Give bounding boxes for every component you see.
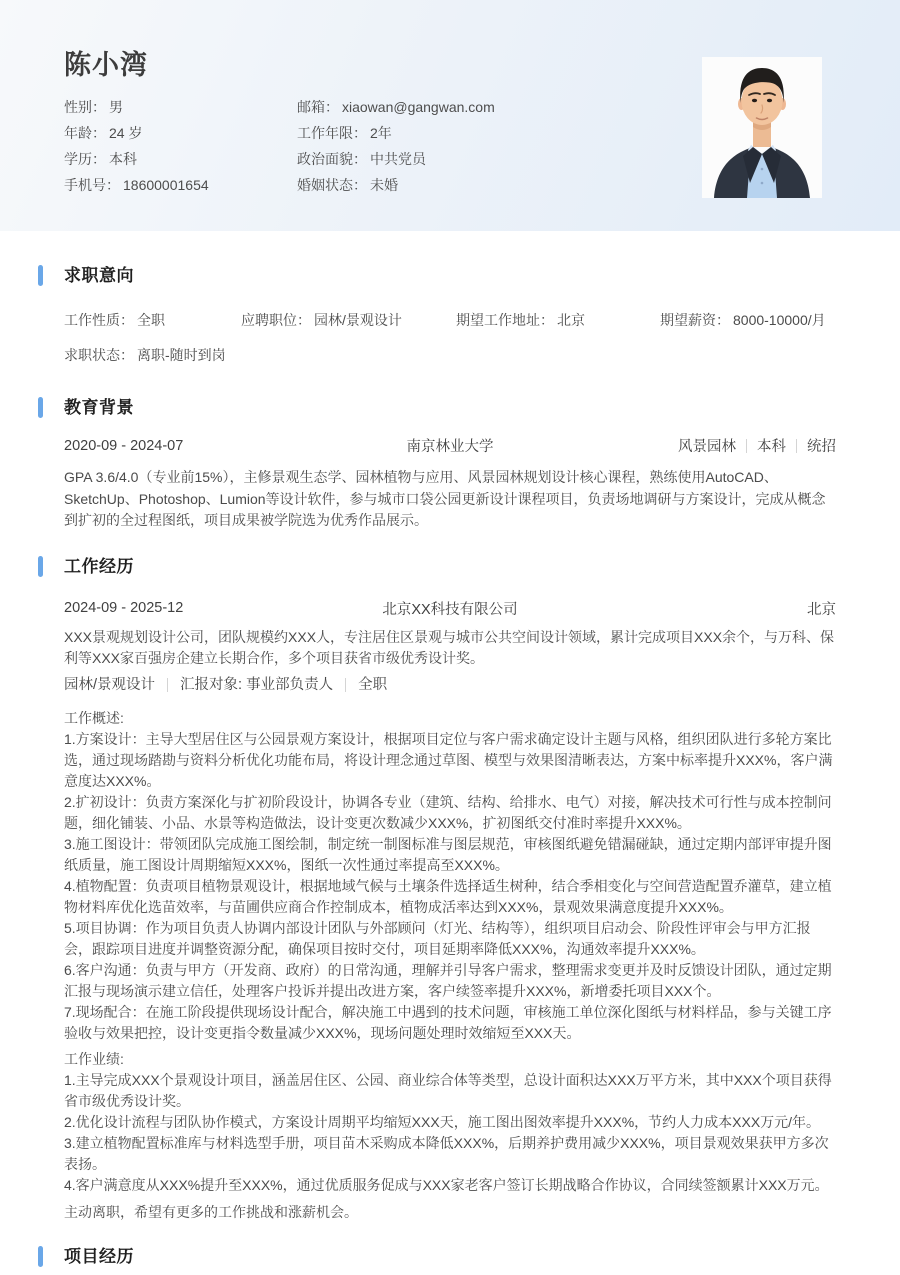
divider — [345, 678, 346, 692]
field-label: 期望薪资： — [660, 310, 730, 331]
field-label: 年龄： — [64, 123, 106, 143]
id-photo — [702, 57, 822, 198]
section-education: 教育背景 2020-09 - 2024-07 南京林业大学 风景园林 本科 统招… — [64, 396, 836, 532]
field-value: 18600001654 — [123, 177, 209, 193]
section-title: 项目经历 — [64, 1245, 134, 1268]
section-accent-bar — [38, 1246, 43, 1267]
section-accent-bar — [38, 556, 43, 577]
field-value: 未婚 — [370, 175, 398, 195]
section-accent-bar — [38, 397, 43, 418]
field-marital-status: 婚姻状态： 未婚 — [297, 172, 617, 198]
portrait-illustration — [702, 57, 822, 198]
field-value: 24 岁 — [109, 123, 142, 143]
section-job-intent: 求职意向 工作性质： 全职 应聘职位： 园林/景观设计 期望工作地址： 北京 期… — [64, 264, 836, 366]
field-job-status: 求职状态： 离职-随时到岗 — [64, 345, 836, 366]
work-position: 园林/景观设计 — [64, 675, 155, 696]
section-header: 求职意向 — [64, 264, 836, 287]
section-accent-bar — [38, 265, 43, 286]
field-age: 年龄： 24 岁 — [64, 120, 297, 146]
section-header: 工作经历 — [64, 555, 836, 578]
section-title: 工作经历 — [64, 555, 134, 578]
field-label: 手机号： — [64, 175, 120, 195]
field-value: 2年 — [370, 123, 392, 143]
section-header: 项目经历 — [64, 1245, 836, 1268]
field-value: xiaowan@gangwan.com — [342, 99, 495, 115]
field-target-location: 期望工作地址： 北京 — [456, 310, 660, 331]
resume-header: 陈小湾 性别： 男 年龄： 24 岁 学历： 本科 手机号： 186000016… — [0, 0, 900, 231]
section-title: 教育背景 — [64, 396, 134, 419]
work-meta-row: 园林/景观设计 汇报对象: 事业部负责人 全职 — [64, 675, 836, 696]
field-label: 婚姻状态： — [297, 175, 367, 195]
field-value: 北京 — [557, 310, 585, 331]
job-intent-row: 工作性质： 全职 应聘职位： 园林/景观设计 期望工作地址： 北京 期望薪资： … — [64, 310, 836, 331]
field-expected-salary: 期望薪资： 8000-10000/月 — [660, 310, 836, 331]
education-description: GPA 3.6/4.0（专业前15%），主修景观生态学、园林植物与应用、风景园林… — [64, 467, 836, 532]
field-value: 全职 — [137, 310, 165, 331]
resume-body: 求职意向 工作性质： 全职 应聘职位： 园林/景观设计 期望工作地址： 北京 期… — [0, 264, 900, 1268]
field-label: 工作性质： — [64, 310, 134, 331]
field-value: 中共党员 — [370, 149, 426, 169]
field-label: 学历： — [64, 149, 106, 169]
company-name: 北京XX科技有限公司 — [64, 598, 836, 619]
field-education: 学历： 本科 — [64, 146, 297, 172]
section-header: 教育背景 — [64, 396, 836, 419]
section-projects: 项目经历 — [64, 1245, 836, 1268]
work-achievements: 工作业绩: 1.主导完成XXX个景观设计项目，涵盖居住区、公园、商业综合体等类型… — [64, 1049, 836, 1196]
work-entry-row: 2024-09 - 2025-12 北京XX科技有限公司 北京 — [64, 598, 836, 619]
employment-type: 全职 — [358, 675, 387, 696]
field-label: 期望工作地址： — [456, 310, 554, 331]
school-name: 南京林业大学 — [64, 435, 836, 456]
field-value: 园林/景观设计 — [314, 310, 402, 331]
field-value: 8000-10000/月 — [733, 310, 826, 331]
field-email: 邮箱： xiaowan@gangwan.com — [297, 94, 617, 120]
field-label: 求职状态： — [64, 345, 134, 366]
work-overview: 工作概述: 1.方案设计：主导大型居住区与公园景观方案设计，根据项目定位与客户需… — [64, 708, 836, 1044]
field-gender: 性别： 男 — [64, 94, 297, 120]
section-title: 求职意向 — [64, 264, 134, 287]
field-label: 邮箱： — [297, 97, 339, 117]
field-value: 离职-随时到岗 — [137, 345, 226, 366]
divider — [167, 678, 168, 692]
resume-page: 陈小湾 性别： 男 年龄： 24 岁 学历： 本科 手机号： 186000016… — [0, 0, 900, 1275]
leave-reason: 主动离职，希望有更多的工作挑战和涨薪机会。 — [64, 1202, 836, 1224]
field-target-position: 应聘职位： 园林/景观设计 — [241, 310, 456, 331]
education-entry-row: 2020-09 - 2024-07 南京林业大学 风景园林 本科 统招 — [64, 435, 836, 456]
section-work-experience: 工作经历 2024-09 - 2025-12 北京XX科技有限公司 北京 XXX… — [64, 555, 836, 1224]
company-intro: XXX景观规划设计公司，团队规模约XXX人，专注居住区景观与城市公共空间设计领域… — [64, 627, 836, 670]
field-work-years: 工作年限： 2年 — [297, 120, 617, 146]
field-job-type: 工作性质： 全职 — [64, 310, 241, 331]
field-label: 工作年限： — [297, 123, 367, 143]
field-label: 性别： — [64, 97, 106, 117]
field-value: 本科 — [109, 149, 137, 169]
personal-info-left: 性别： 男 年龄： 24 岁 学历： 本科 手机号： 18600001654 — [64, 94, 297, 198]
report-to: 汇报对象: 事业部负责人 — [180, 675, 333, 696]
field-political-status: 政治面貌： 中共党员 — [297, 146, 617, 172]
field-value: 男 — [109, 97, 123, 117]
field-label: 应聘职位： — [241, 310, 311, 331]
field-label: 政治面貌： — [297, 149, 367, 169]
personal-info-right: 邮箱： xiaowan@gangwan.com 工作年限： 2年 政治面貌： 中… — [297, 94, 617, 198]
field-phone: 手机号： 18600001654 — [64, 172, 297, 198]
